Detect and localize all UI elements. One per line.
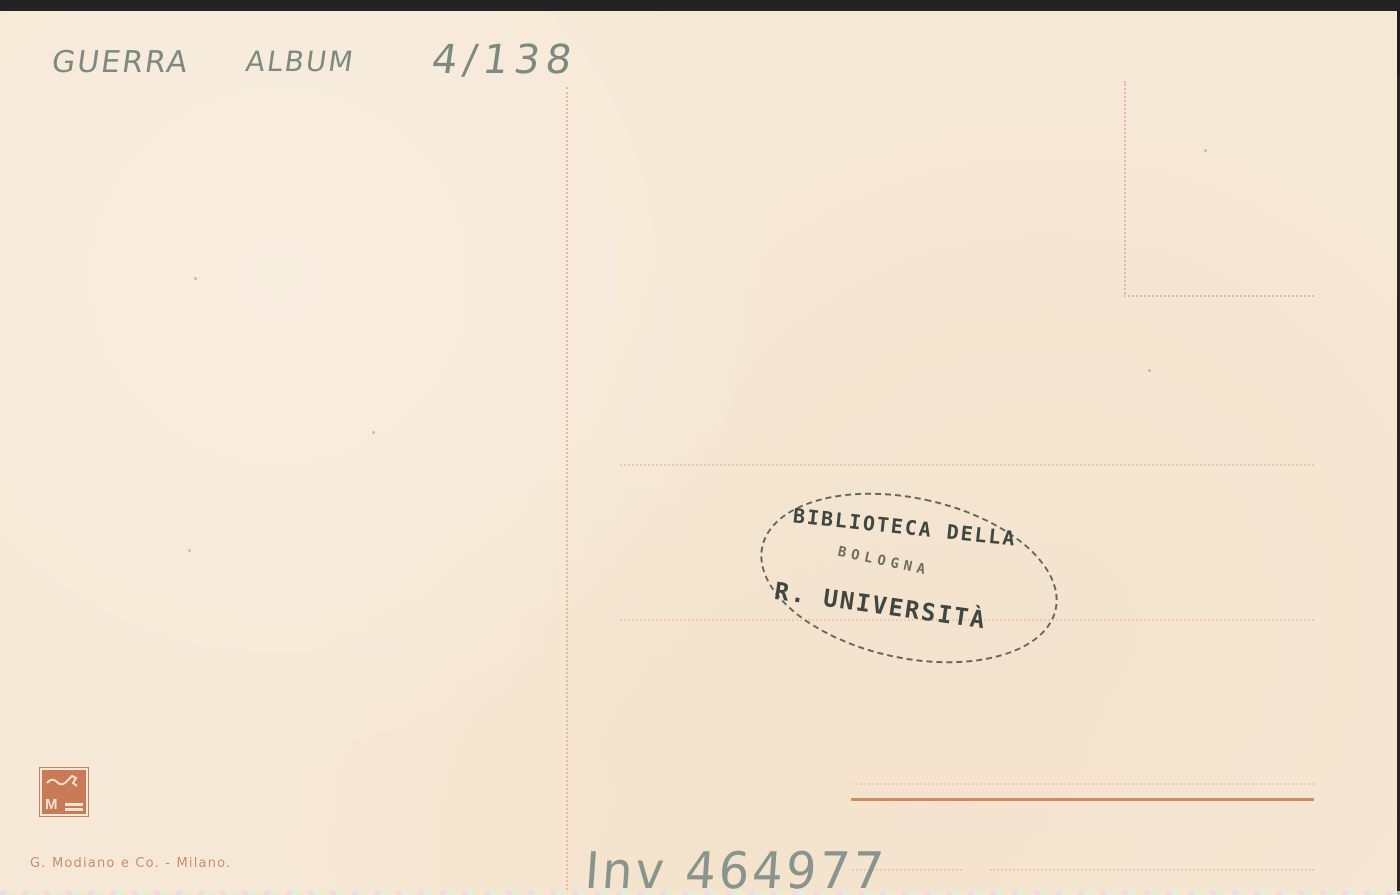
address-line-3	[852, 783, 1314, 785]
logo-bars	[65, 801, 83, 811]
paper-speckle	[1204, 149, 1207, 152]
scan-bottom-artifact	[0, 891, 1400, 895]
paper-speckle	[194, 277, 197, 280]
handwritten-collection-title: GUERRA	[50, 45, 192, 80]
logo-figure-icon	[46, 774, 80, 788]
handwritten-album-label: ALBUM	[244, 45, 357, 78]
scan-top-border	[0, 0, 1400, 11]
paper-speckle	[372, 431, 375, 434]
postcard-back: GUERRA ALBUM 4/138 BIBLIOTECA DELLA BOLO…	[0, 11, 1397, 895]
stamp-oval-border	[744, 467, 1073, 688]
logo-letter: M	[45, 796, 58, 813]
handwritten-album-index: 4/138	[429, 37, 581, 83]
postage-stamp-box	[1124, 81, 1314, 297]
handwritten-inventory-number: Inv 464977	[583, 842, 889, 895]
center-divider-dotted	[566, 87, 568, 895]
address-underline-solid	[851, 798, 1314, 801]
library-stamp: BIBLIOTECA DELLA BOLOGNA R. UNIVERSITÀ	[744, 467, 1073, 688]
paper-speckle	[188, 549, 191, 552]
modiano-logo-icon: M	[39, 767, 89, 817]
address-line-1	[620, 464, 1314, 466]
paper-speckle	[1148, 369, 1151, 372]
publisher-imprint: G. Modiano e Co. - Milano.	[30, 856, 231, 871]
address-line-4b	[990, 869, 1314, 871]
